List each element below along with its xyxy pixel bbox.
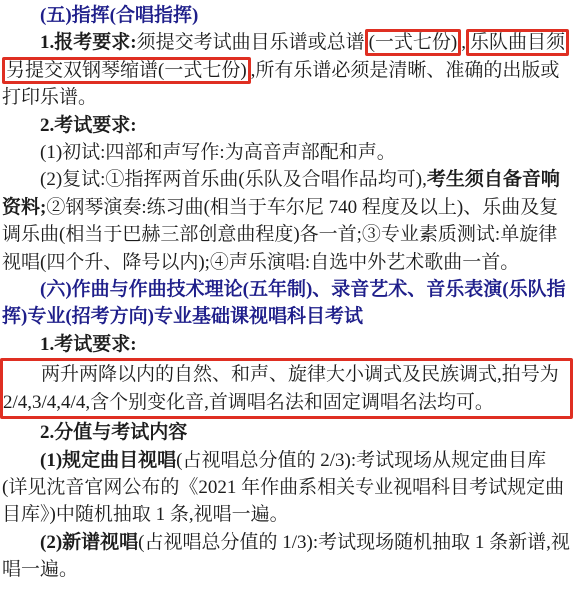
application-requirements-text: 须提交考试曲目乐谱或总谱 [137,32,365,53]
para-application-requirements: 1.报考要求:须提交考试曲目乐谱或总谱(一式七份),乐队曲目须另提交双钢琴缩谱(… [2,29,571,111]
para-new-score-sightsinging: (2)新谱视唱(占视唱总分值的 1/3):考试现场随机抽取 1 条新谱,视唱一遍… [2,529,571,584]
exam-requirements-document: (五)指挥(合唱指挥) 1.报考要求:须提交考试曲目乐谱或总谱(一式七份),乐队… [0,0,573,606]
para-prescribed-repertoire: (1)规定曲目视唱(占视唱总分值的 2/3):考试现场从规定曲目库(详见沈音官网… [2,447,571,529]
section-heading-composition-sightsinging: (六)作曲与作曲技术理论(五年制)、录音艺术、音乐表演(乐队指挥)专业(招考方向… [2,276,571,331]
new-score-sightsinging-label: (2)新谱视唱 [40,532,138,553]
document-page: { "page": { "background": "#ffffff", "bo… [0,0,573,606]
para-preliminary-round: (1)初试:四部和声写作:为高音声部配和声。 [2,139,571,166]
highlight-box-keys-and-meters: 两升两降以内的自然、和声、旋律大小调式及民族调式,拍号为2/4,3/4,4/4,… [0,358,573,419]
para-exam-requirements-label: 2.考试要求: [2,112,571,139]
section-heading-conducting: (五)指挥(合唱指挥) [2,2,571,29]
prescribed-repertoire-label: (1)规定曲目视唱 [40,450,176,471]
highlight-box-seven-copies-1: (一式七份) [365,29,462,56]
final-round-part1: (2)复试:①指挥两首乐曲(乐队及合唱作品均可), [40,169,427,190]
para-final-round: (2)复试:①指挥两首乐曲(乐队及合唱作品均可),考生须自备音响资料;②钢琴演奏… [2,166,571,276]
application-requirements-label: 1.报考要求: [40,32,137,53]
final-round-part2: ②钢琴演奏:练习曲(相当于车尔尼 740 程度及以上)、乐曲及复调乐曲(相当于巴… [2,197,558,273]
para-score-and-content-label: 2.分值与考试内容 [2,419,571,446]
para-sightsinging-requirements-label: 1.考试要求: [2,331,571,358]
para-keys-and-meters: 两升两降以内的自然、和声、旋律大小调式及民族调式,拍号为2/4,3/4,4/4,… [3,361,570,416]
